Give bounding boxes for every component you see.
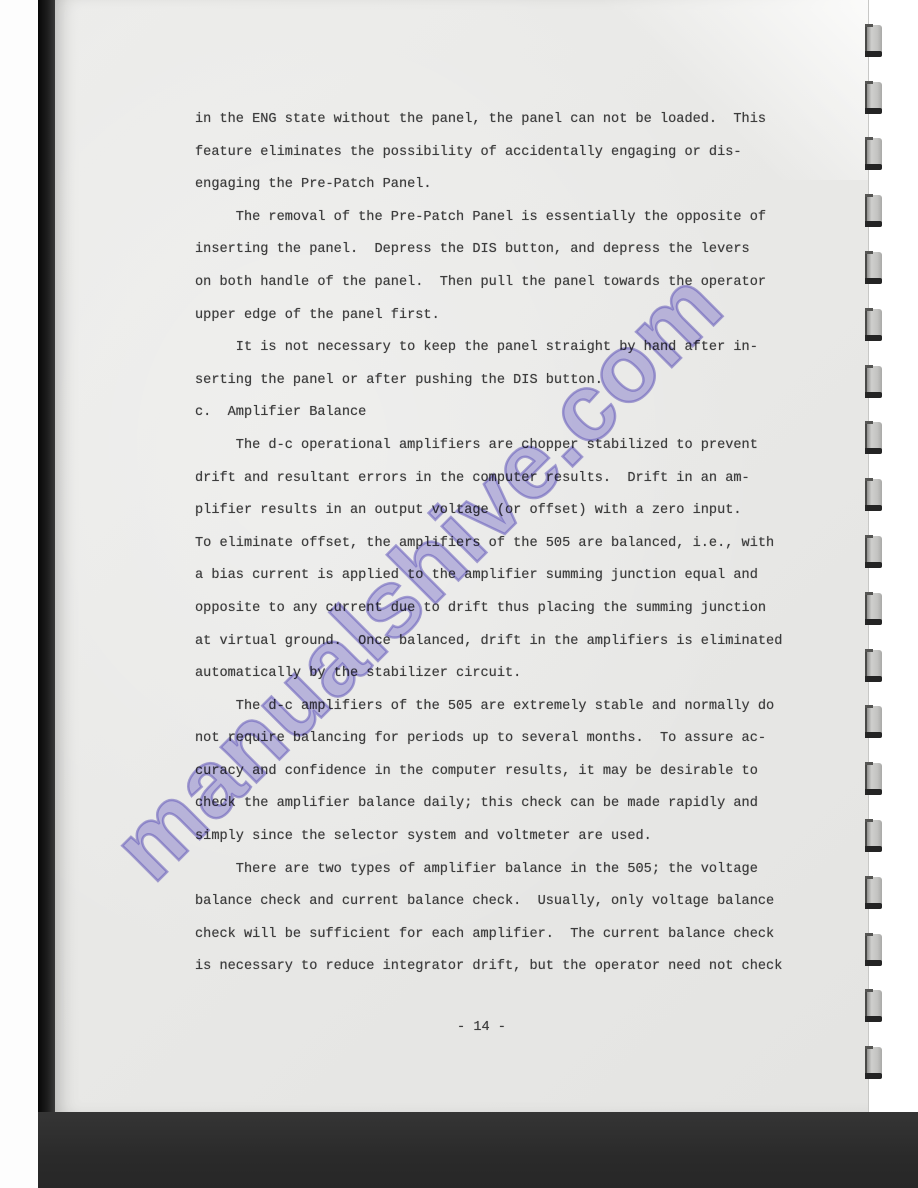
binding-tooth — [865, 593, 882, 624]
binding-tooth — [865, 82, 882, 113]
text-line: upper edge of the panel first. — [195, 300, 795, 333]
typed-text-block: in the ENG state without the panel, the … — [195, 104, 795, 984]
text-line: not require balancing for periods up to … — [195, 723, 795, 756]
text-line: at virtual ground. Once balanced, drift … — [195, 626, 795, 659]
text-line: simply since the selector system and vol… — [195, 821, 795, 854]
text-line: check will be sufficient for each amplif… — [195, 919, 795, 952]
text-line: The d-c amplifiers of the 505 are extrem… — [195, 691, 795, 724]
scanned-manual-page: in the ENG state without the panel, the … — [0, 0, 918, 1188]
binding-tooth — [865, 990, 882, 1021]
text-line: It is not necessary to keep the panel st… — [195, 332, 795, 365]
text-line: is necessary to reduce integrator drift,… — [195, 951, 795, 984]
text-line: The removal of the Pre-Patch Panel is es… — [195, 202, 795, 235]
comb-binding-teeth — [858, 0, 892, 1112]
document-page: in the ENG state without the panel, the … — [55, 0, 869, 1112]
page-number: - 14 - — [195, 1012, 768, 1045]
scanner-background-bottom — [38, 1112, 918, 1188]
binding-tooth — [865, 252, 882, 283]
text-line: a bias current is applied to the amplifi… — [195, 560, 795, 593]
text-line: The d-c operational amplifiers are chopp… — [195, 430, 795, 463]
text-line: drift and resultant errors in the comput… — [195, 463, 795, 496]
binding-tooth — [865, 877, 882, 908]
text-line: inserting the panel. Depress the DIS but… — [195, 234, 795, 267]
binding-tooth — [865, 706, 882, 737]
text-line: plifier results in an output voltage (or… — [195, 495, 795, 528]
text-line: c. Amplifier Balance — [195, 397, 795, 430]
binding-tooth — [865, 422, 882, 453]
text-line: feature eliminates the possibility of ac… — [195, 137, 795, 170]
text-line: check the amplifier balance daily; this … — [195, 788, 795, 821]
scanner-background-left — [0, 0, 38, 1188]
binding-tooth — [865, 536, 882, 567]
binding-tooth — [865, 138, 882, 169]
text-line: balance check and current balance check.… — [195, 886, 795, 919]
binding-tooth — [865, 763, 882, 794]
text-line: There are two types of amplifier balance… — [195, 854, 795, 887]
binding-tooth — [865, 195, 882, 226]
binding-tooth — [865, 934, 882, 965]
binding-tooth — [865, 820, 882, 851]
text-line: in the ENG state without the panel, the … — [195, 104, 795, 137]
binding-tooth — [865, 309, 882, 340]
binding-tooth — [865, 479, 882, 510]
text-line: opposite to any current due to drift thu… — [195, 593, 795, 626]
text-line: To eliminate offset, the amplifiers of t… — [195, 528, 795, 561]
text-line: on both handle of the panel. Then pull t… — [195, 267, 795, 300]
text-line: serting the panel or after pushing the D… — [195, 365, 795, 398]
text-line: engaging the Pre-Patch Panel. — [195, 169, 795, 202]
book-spine-bar — [38, 0, 55, 1188]
binding-tooth — [865, 366, 882, 397]
text-line: automatically by the stabilizer circuit. — [195, 658, 795, 691]
text-line: curacy and confidence in the computer re… — [195, 756, 795, 789]
binding-tooth — [865, 25, 882, 56]
binding-tooth — [865, 650, 882, 681]
binding-tooth — [865, 1047, 882, 1078]
